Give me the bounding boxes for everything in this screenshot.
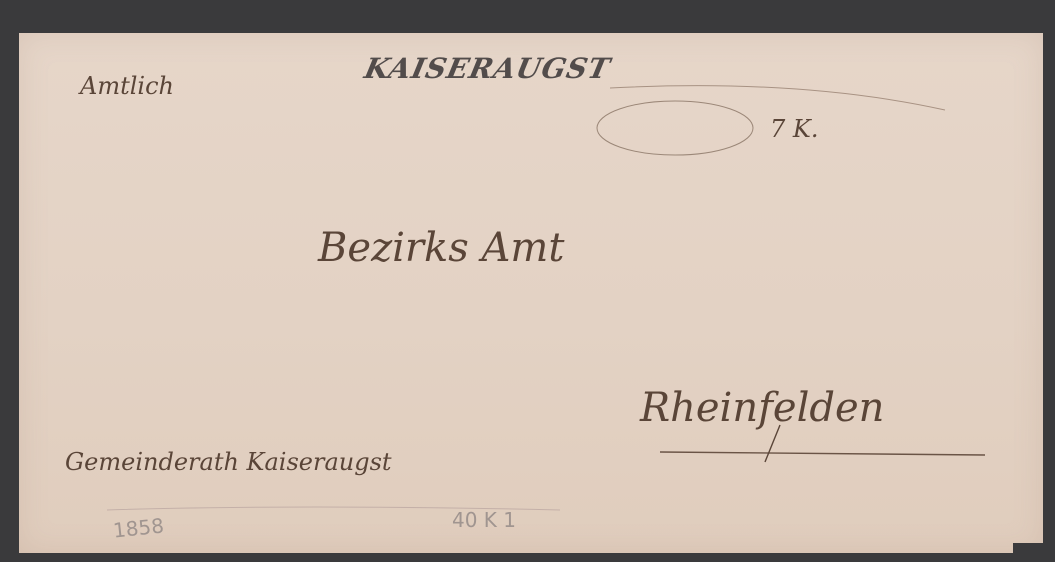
pencil-catalog-ref: 40 K 1	[452, 508, 516, 532]
handwriting-destination: Rheinfelden	[640, 385, 884, 431]
handwriting-fee: 7 K.	[770, 115, 818, 143]
postmark-stamp: KAISERAUGST	[361, 52, 613, 85]
handwriting-recipient: Bezirks Amt	[318, 225, 564, 271]
handwriting-sender: Gemeinderath Kaiseraugst	[65, 448, 392, 476]
handwriting-amtlich: Amtlich	[80, 72, 174, 100]
